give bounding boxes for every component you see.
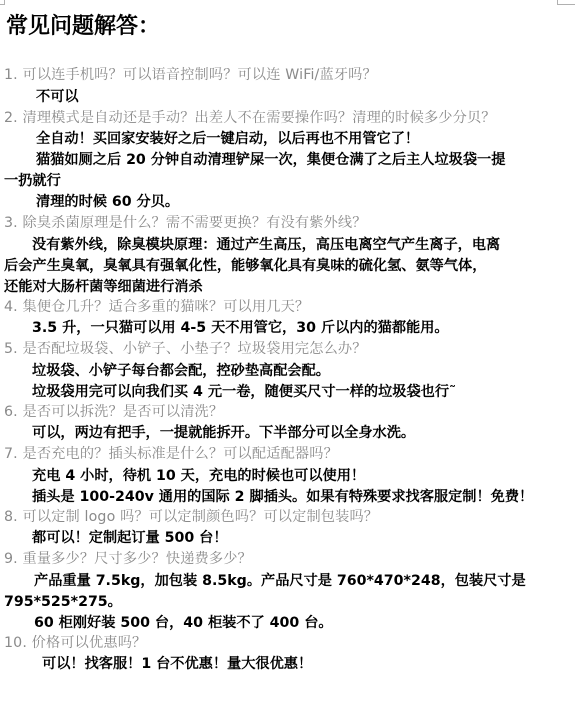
faq-answer-1-line-1: 不可以 — [36, 87, 79, 107]
faq-question-4: 4. 集便仓几升？适合多重的猫咪？可以用几天？ — [4, 297, 309, 317]
faq-question-1: 1. 可以连手机吗？可以语音控制吗？可以连 WiFi/蓝牙吗？ — [4, 65, 377, 85]
faq-answer-9-line-1: 产品重量 7.5kg，加包装 8.5kg。产品尺寸是 760*470*248，包… — [34, 571, 526, 591]
faq-question-6: 6. 是否可以拆洗？是否可以清洗？ — [4, 402, 223, 422]
faq-question-5: 5. 是否配垃圾袋、小铲子、小垫子？垃圾袋用完怎么办？ — [4, 339, 367, 359]
faq-answer-3-line-2: 后会产生臭氧，臭氧具有强氧化性，能够氧化具有臭味的硫化氢、氨等气体， — [4, 256, 486, 276]
faq-answer-9-line-3: 60 柜刚好装 500 台，40 柜装不了 400 台。 — [34, 613, 333, 633]
faq-answer-2-line-2: 猫猫如厕之后 20 分钟自动清理铲屎一次，集便仓满了之后主人垃圾袋一提 — [36, 150, 505, 170]
faq-answer-3-line-1: 没有紫外线，除臭模块原理：通过产生高压，高压电离空气产生离子，电离 — [32, 235, 500, 255]
faq-question-7: 7. 是否充电的？插头标准是什么？可以配适配器吗？ — [4, 444, 338, 464]
faq-answer-6-line-1: 可以，两边有把手，一提就能拆开。下半部分可以全身水洗。 — [32, 423, 415, 443]
page-title: 常见问题解答： — [6, 9, 160, 40]
faq-answer-7-line-1: 充电 4 小时，待机 10 天，充电的时候也可以使用！ — [32, 466, 365, 486]
faq-answer-2-line-4: 清理的时候 60 分贝。 — [36, 192, 179, 212]
faq-answer-9-line-2: 795*525*275。 — [4, 592, 122, 612]
faq-question-3: 3. 除臭杀菌原理是什么？需不需要更换？有没有紫外线？ — [4, 213, 367, 233]
faq-question-10: 10. 价格可以优惠吗？ — [4, 633, 146, 653]
faq-question-8: 8. 可以定制 logo 吗？可以定制颜色吗？可以定制包装吗？ — [4, 507, 378, 527]
crop-mark-line — [0, 4, 5, 5]
faq-answer-2-line-3: 一扔就行 — [4, 171, 61, 191]
faq-question-2: 2. 清理模式是自动还是手动？出差人不在需要操作吗？清理的时候多少分贝？ — [4, 108, 496, 128]
faq-answer-5-line-1: 垃圾袋、小铲子每台都会配，控砂垫高配会配。 — [32, 361, 330, 381]
faq-question-9: 9. 重量多少？尺寸多少？快递费多少？ — [4, 549, 252, 569]
faq-answer-2-line-1: 全自动！买回家安装好之后一键启动，以后再也不用管它了！ — [36, 129, 419, 149]
faq-answer-4-line-1: 3.5 升，一只猫可以用 4-5 天不用管它，30 斤以内的猫都能用。 — [32, 318, 449, 338]
faq-answer-7-line-2: 插头是 100-240v 通用的国际 2 脚插头。如果有特殊要求找客服定制！免费… — [32, 487, 533, 507]
faq-answer-10-line-1: 可以！找客服！1 台不优惠！量大很优惠！ — [42, 654, 312, 674]
faq-answer-5-line-2: 垃圾袋用完可以向我们买 4 元一卷，随便买尺寸一样的垃圾袋也行˜ — [32, 382, 456, 402]
faq-answer-8-line-1: 都可以！定制起订量 500 台！ — [32, 528, 228, 548]
crop-mark-line — [557, 4, 575, 5]
faq-answer-3-line-3: 还能对大肠杆菌等细菌进行消杀 — [4, 277, 203, 297]
